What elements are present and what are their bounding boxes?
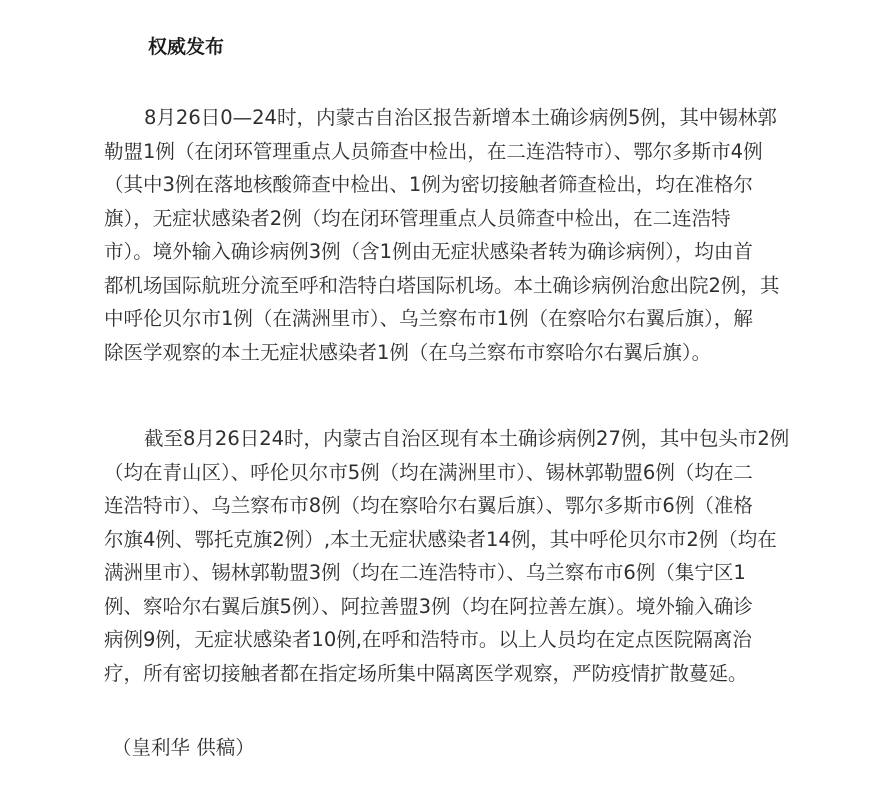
paragraph-line: 勒盟1例（在闭环管理重点人员筛查中检出，在二连浩特市）、鄂尔多斯市4例 bbox=[104, 135, 864, 169]
paragraph-line: 连浩特市）、乌兰察布市8例（均在察哈尔右翼后旗）、鄂尔多斯市6例（准格 bbox=[104, 489, 864, 523]
author-credit: （皇利华 供稿） bbox=[112, 733, 255, 763]
paragraph-line: 都机场国际航班分流至呼和浩特白塔国际机场。本土确诊病例治愈出院2例，其 bbox=[104, 269, 864, 303]
paragraph-current-cases: 截至8月26日24时，内蒙古自治区现有本土确诊病例27例，其中包头市2例 （均在… bbox=[104, 422, 864, 690]
paragraph-line: 旗），无症状感染者2例（均在闭环管理重点人员筛查中检出，在二连浩特 bbox=[104, 202, 864, 236]
paragraph-line: 市）。境外输入确诊病例3例（含1例由无症状感染者转为确诊病例），均由首 bbox=[104, 235, 864, 269]
paragraph-line: 中呼伦贝尔市1例（在满洲里市）、乌兰察布市1例（在察哈尔右翼后旗），解 bbox=[104, 302, 864, 336]
article-heading: 权威发布 bbox=[148, 32, 224, 59]
paragraph-line: 疗，所有密切接触者都在指定场所集中隔离医学观察，严防疫情扩散蔓延。 bbox=[104, 657, 864, 691]
paragraph-line: 尔旗4例、鄂托克旗2例）,本土无症状感染者14例，其中呼伦贝尔市2例（均在 bbox=[104, 523, 864, 557]
paragraph-line: 除医学观察的本土无症状感染者1例（在乌兰察布市察哈尔右翼后旗）。 bbox=[104, 336, 864, 370]
paragraph-line: 满洲里市）、锡林郭勒盟3例（均在二连浩特市）、乌兰察布市6例（集宁区1 bbox=[104, 556, 864, 590]
paragraph-line: 截至8月26日24时，内蒙古自治区现有本土确诊病例27例，其中包头市2例 bbox=[104, 422, 864, 456]
paragraph-line: 病例9例，无症状感染者10例,在呼和浩特市。以上人员均在定点医院隔离治 bbox=[104, 623, 864, 657]
paragraph-line: （其中3例在落地核酸筛查中检出、1例为密切接触者筛查检出，均在准格尔 bbox=[104, 168, 864, 202]
paragraph-new-cases: 8月26日0—24时，内蒙古自治区报告新增本土确诊病例5例，其中锡林郭 勒盟1例… bbox=[104, 101, 864, 369]
paragraph-line: （均在青山区）、呼伦贝尔市5例（均在满洲里市）、锡林郭勒盟6例（均在二 bbox=[104, 456, 864, 490]
paragraph-line: 例、察哈尔右翼后旗5例）、阿拉善盟3例（均在阿拉善左旗）。境外输入确诊 bbox=[104, 590, 864, 624]
paragraph-line: 8月26日0—24时，内蒙古自治区报告新增本土确诊病例5例，其中锡林郭 bbox=[104, 101, 864, 135]
